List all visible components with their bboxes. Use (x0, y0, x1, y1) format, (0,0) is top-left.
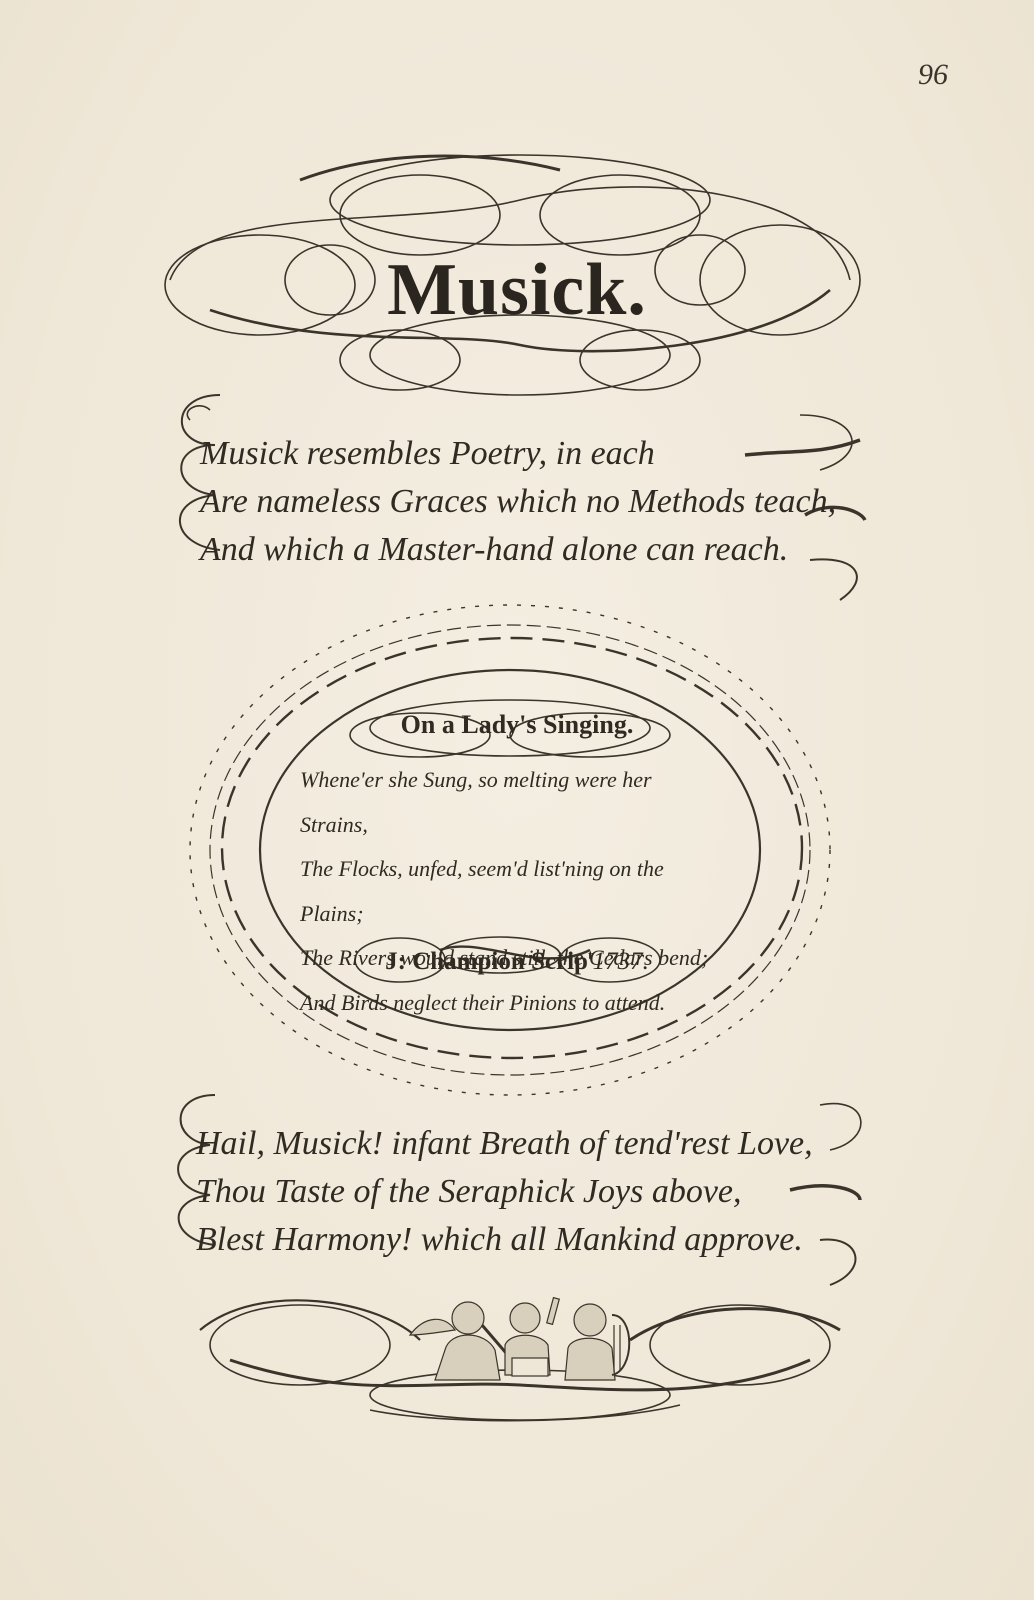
engraved-page: 96 Musick. Musick resembles Poetry, in e… (0, 0, 1034, 1600)
signature-year: 1737. (593, 948, 649, 975)
oval-poem: Whene'er she Sung, so melting were her S… (300, 758, 720, 1025)
verse-line: And which a Master-hand alone can reach. (200, 526, 840, 574)
poem-line: And Birds neglect their Pinions to atten… (300, 981, 720, 1026)
cherubs-vignette-icon (400, 1290, 640, 1390)
poem-line: Whene'er she Sung, so melting were her S… (300, 758, 720, 847)
page-title: Musick. (0, 248, 1034, 333)
verse-line: Hail, Musick! infant Breath of tend'rest… (196, 1120, 836, 1168)
verse-line: Thou Taste of the Seraphick Joys above, (196, 1168, 836, 1216)
verse-line: Are nameless Graces which no Methods tea… (200, 478, 840, 526)
oval-heading: On a Lady's Singing. (0, 710, 1034, 740)
page-number: 96 (918, 58, 948, 92)
poem-line: The Flocks, unfed, seem'd list'ning on t… (300, 847, 720, 936)
verse-top: Musick resembles Poetry, in each Are nam… (200, 430, 840, 574)
signature-name: J: Champion Scrip (385, 948, 588, 975)
verse-bottom: Hail, Musick! infant Breath of tend'rest… (196, 1120, 836, 1264)
engraver-signature: J: Champion Script1737. (0, 948, 1034, 976)
verse-line: Musick resembles Poetry, in each (200, 430, 840, 478)
verse-line: Blest Harmony! which all Mankind approve… (196, 1216, 836, 1264)
